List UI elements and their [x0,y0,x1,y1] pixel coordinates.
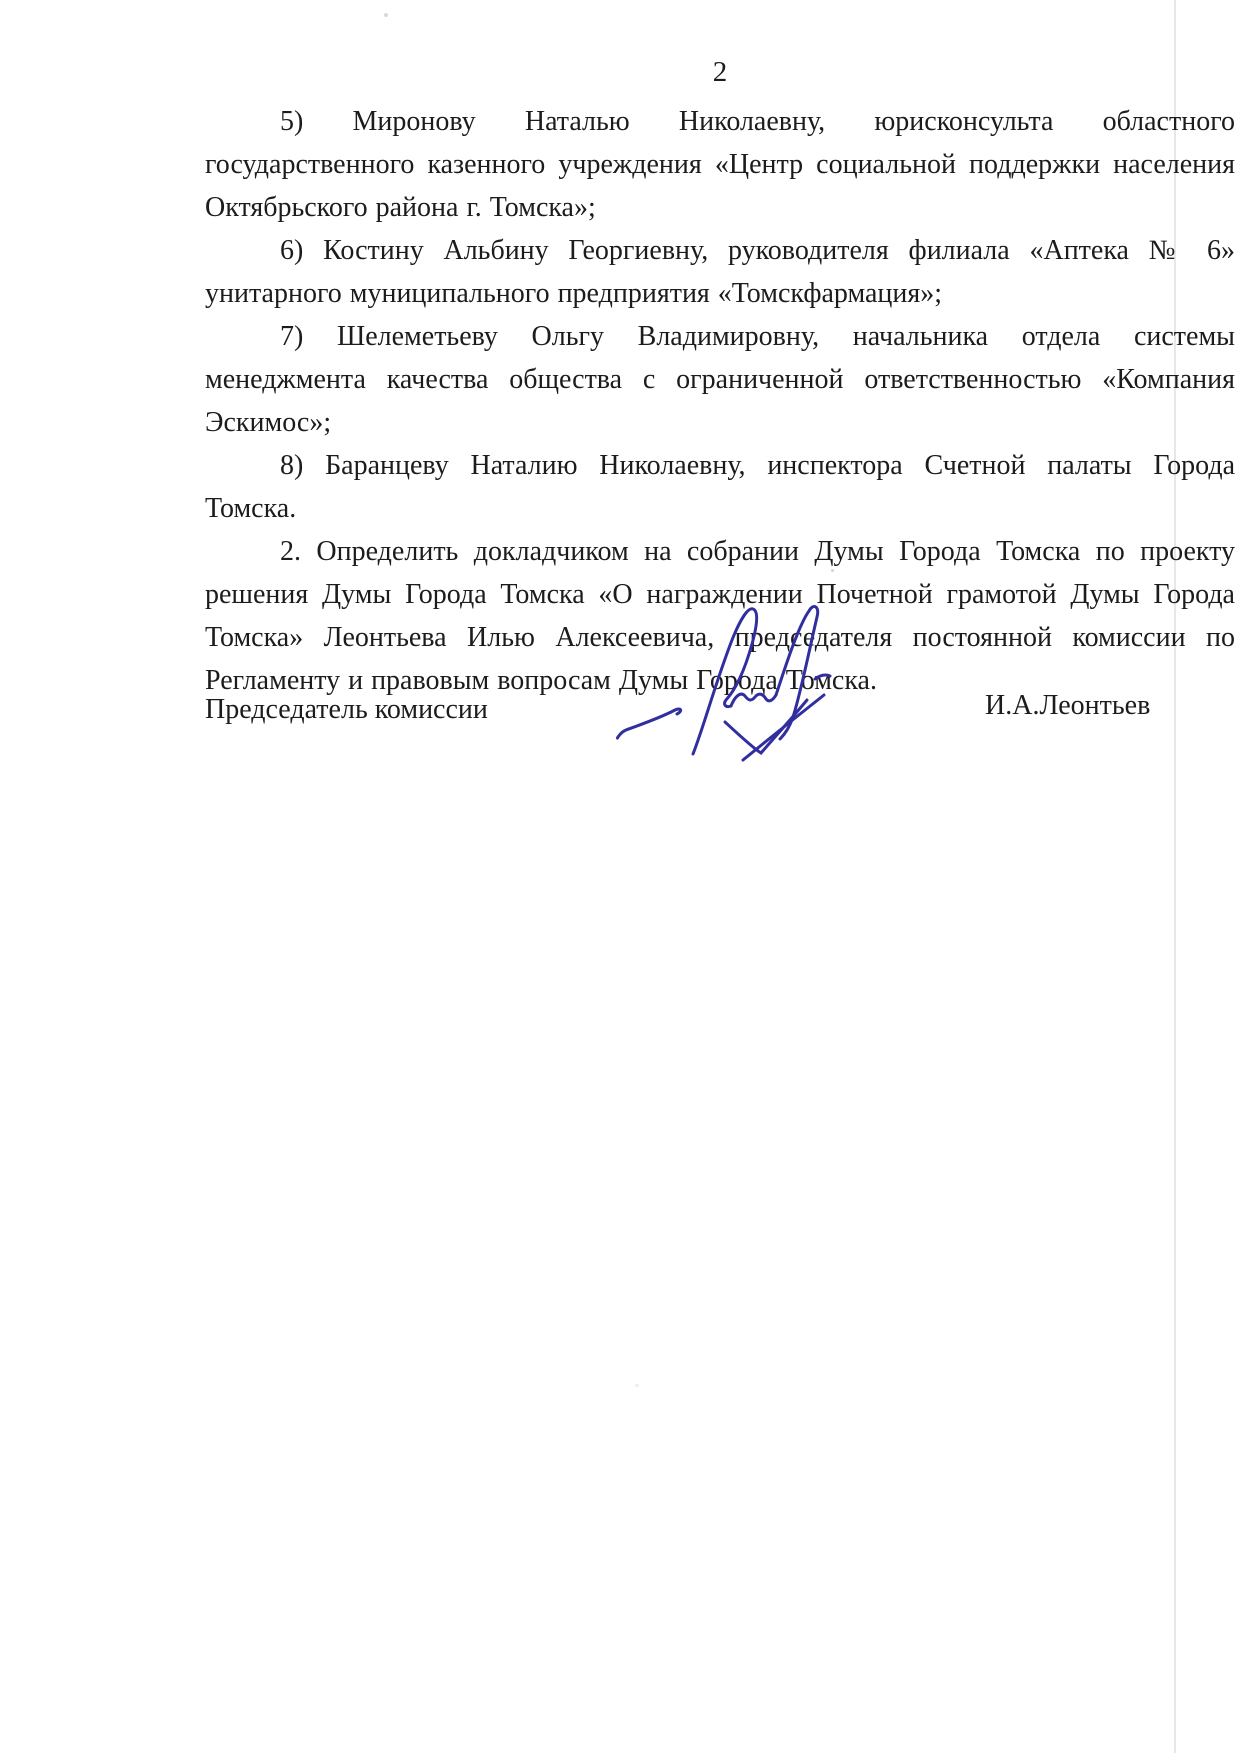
document-page: 2 5) Миронову Наталью Николаевну, юриско… [0,0,1240,1753]
paragraph-item-8: 8) Баранцеву Наталию Николаевну, инспект… [205,444,1235,530]
paragraph-item-7: 7) Шелеметьеву Ольгу Владимировну, начал… [205,315,1235,444]
signature-name: И.А.Леонтьев [985,686,1150,726]
scan-speck [635,1384,639,1387]
handwritten-signature-icon [612,596,840,766]
page-number: 2 [205,52,1235,92]
scan-speck [384,13,388,17]
paragraph-item-6: 6) Костину Альбину Георгиевну, руководит… [205,229,1235,315]
paragraph-item-5: 5) Миронову Наталью Николаевну, юрисконс… [205,100,1235,229]
signature-role-label: Председатель комиссии [205,690,488,730]
